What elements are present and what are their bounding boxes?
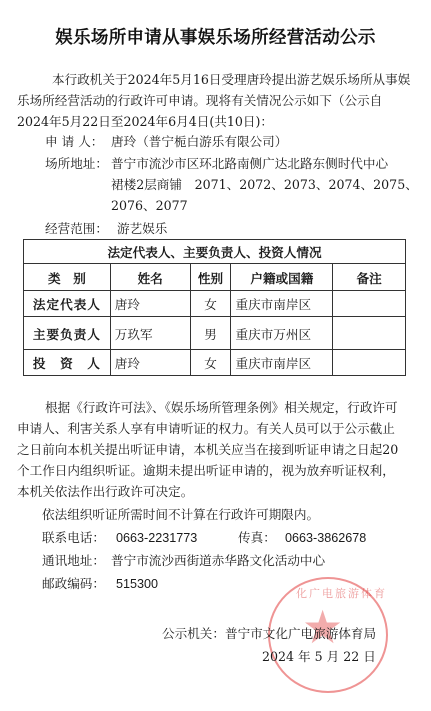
cell-gender: 女	[190, 291, 231, 317]
cell-note	[333, 317, 406, 350]
table-row: 法定代表人 唐玲 女 重庆市南岸区	[24, 291, 406, 317]
header-origin: 户籍或国籍	[231, 264, 333, 291]
phone-label: 联系电话：	[42, 528, 105, 548]
cell-category: 法定代表人	[24, 291, 111, 317]
hearing-line-1: 根据《行政许可法》、《娱乐场所管理条例》相关规定，行政许可	[45, 398, 398, 418]
header-category: 类 别	[24, 264, 111, 291]
postcode-value: 515300	[116, 574, 158, 594]
cell-name: 万玖军	[110, 317, 190, 350]
cell-name: 唐玲	[110, 291, 190, 317]
fax-label: 传真：	[238, 528, 276, 548]
hearing-line-3: 之日前向本机关提出听证申请，本机关应当在接到听证申请之日起20	[17, 440, 398, 460]
address-line-2: 裙楼2层商铺 2071、2072、2073、2074、2075、	[111, 175, 418, 195]
document-title: 娱乐场所申请从事娱乐场所经营活动公示	[0, 24, 431, 49]
issue-date: 2024 年 5 月 22 日	[262, 647, 376, 667]
hearing-line-4: 个工作日内组织听证。逾期未提出听证申请的，视为放弃听证权利，	[17, 461, 395, 481]
header-name: 姓名	[110, 264, 190, 291]
address-line-1: 普宁市流沙市区环北路南侧广达北路东侧时代中心	[111, 154, 388, 174]
applicant-value: 唐玲（普宁栀白游乐有限公司）	[111, 132, 287, 152]
table-caption: 法定代表人、主要负责人、投资人情况	[24, 240, 406, 264]
cell-origin: 重庆市南岸区	[231, 291, 333, 317]
fax-value: 0663-3862678	[285, 528, 366, 548]
cell-gender: 女	[190, 350, 231, 376]
intro-line-1: 本行政机关于2024年5月16日受理唐玲提出游艺娱乐场所从事娱	[52, 70, 410, 90]
applicant-label: 申 请 人：	[45, 132, 103, 152]
cell-name: 唐玲	[110, 350, 190, 376]
cell-category: 投 资 人	[24, 350, 111, 376]
table-row: 投 资 人 唐玲 女 重庆市南岸区	[24, 350, 406, 376]
personnel-table: 法定代表人、主要负责人、投资人情况 类 别 姓名 性别 户籍或国籍 备注 法定代…	[23, 239, 406, 376]
postcode-label: 邮政编码：	[42, 574, 105, 594]
mail-address-label: 通讯地址：	[42, 551, 105, 571]
header-note: 备注	[333, 264, 406, 291]
table-header-row: 类 别 姓名 性别 户籍或国籍 备注	[24, 264, 406, 291]
cell-note	[333, 350, 406, 376]
cell-category: 主要负责人	[24, 317, 111, 350]
cell-origin: 重庆市南岸区	[231, 350, 333, 376]
mail-address-value: 普宁市流沙西街道赤华路文化活动中心	[111, 551, 325, 571]
cell-note	[333, 291, 406, 317]
seal-text: 化广电旅游体育	[296, 585, 387, 601]
hearing-line-5: 本机关依法作出行政许可决定。	[17, 482, 193, 502]
address-label: 场所地址：	[45, 154, 108, 174]
header-gender: 性别	[190, 264, 231, 291]
intro-line-3: 2024年5月22日至2024年6月4日(共10日)：	[17, 112, 273, 132]
issuing-authority: 公示机关：普宁市文化广电旅游体育局	[162, 624, 376, 644]
table-row: 主要负责人 万玖军 男 重庆市万州区	[24, 317, 406, 350]
address-line-3: 2076、2077	[111, 196, 188, 216]
intro-line-2: 乐场所经营活动的行政许可申请。现将有关情况公示如下（公示自	[17, 91, 382, 111]
cell-gender: 男	[190, 317, 231, 350]
cell-origin: 重庆市万州区	[231, 317, 333, 350]
table-caption-row: 法定代表人、主要负责人、投资人情况	[24, 240, 406, 264]
business-scope-label: 经营范围：	[45, 219, 108, 239]
phone-value: 0663-2231773	[116, 528, 197, 548]
hearing-line-2: 申请人、利害关系人享有申请听证的权力。有关人员可以于公示截止	[17, 419, 395, 439]
hearing-line-6: 依法组织听证所需时间不计算在行政许可期限内。	[42, 505, 319, 525]
business-scope-value: 游艺娱乐	[117, 219, 167, 239]
